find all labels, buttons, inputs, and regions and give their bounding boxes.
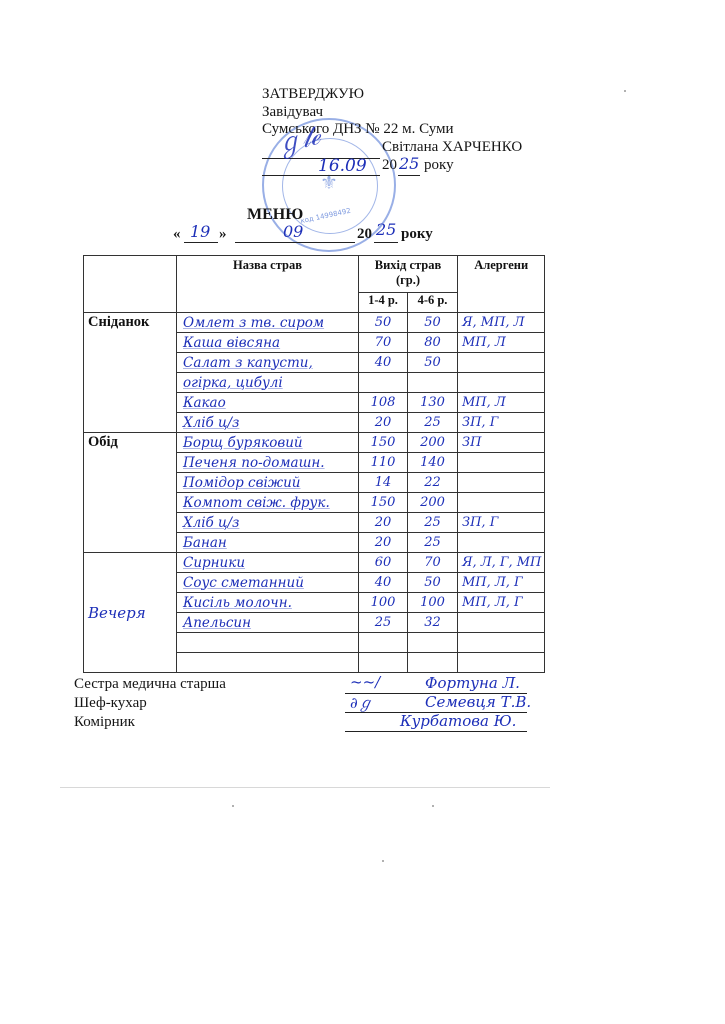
yield-1-4: 14	[359, 473, 408, 493]
menu-year-prefix: 20	[357, 226, 372, 243]
menu-month-line	[235, 242, 355, 243]
yield-1-4	[359, 633, 408, 653]
allergens: МП, Л, Г	[458, 573, 545, 593]
dish-name: Кисіль молочн.	[177, 593, 359, 613]
allergens: Я, Л, Г, МП	[458, 553, 545, 573]
menu-day: 19	[190, 222, 210, 241]
yield-1-4: 110	[359, 453, 408, 473]
approval-year-prefix: 20	[382, 157, 397, 174]
dish-name: Компот свіж. фрук.	[177, 493, 359, 513]
scan-speck	[382, 860, 384, 862]
menu-year-line	[374, 242, 398, 243]
yield-1-4: 40	[359, 353, 408, 373]
yield-4-6	[408, 653, 458, 673]
allergens	[458, 473, 545, 493]
yield-4-6	[408, 633, 458, 653]
dish-name: Омлет з тв. сиром	[177, 313, 359, 333]
header-meal-cell	[84, 256, 177, 313]
dish-name: Апельсин	[177, 613, 359, 633]
allergens: МП, Л	[458, 393, 545, 413]
approval-year-line	[398, 175, 420, 176]
header-allergens: Алергени	[458, 256, 545, 313]
allergens	[458, 633, 545, 653]
dish-name: Какао	[177, 393, 359, 413]
table-row: ВечеряСирники6070Я, Л, Г, МП	[84, 553, 545, 573]
approval-heading: ЗАТВЕРДЖУЮ	[262, 86, 364, 103]
yield-4-6: 50	[408, 313, 458, 333]
signature-scribble: ∂ℊ	[350, 692, 373, 713]
yield-1-4: 40	[359, 573, 408, 593]
yield-1-4: 20	[359, 513, 408, 533]
header-yield: Вихід страв (гр.)	[359, 256, 458, 293]
dish-name: Соус сметанний	[177, 573, 359, 593]
allergens	[458, 613, 545, 633]
allergens: МП, Л, Г	[458, 593, 545, 613]
menu-open-quote: «	[173, 226, 181, 243]
menu-year: 25	[376, 220, 396, 239]
menu-title: МЕНЮ	[247, 206, 303, 223]
allergens	[458, 373, 545, 393]
allergens: ЗП, Г	[458, 513, 545, 533]
yield-1-4: 60	[359, 553, 408, 573]
allergens	[458, 653, 545, 673]
yield-4-6: 100	[408, 593, 458, 613]
dish-name: Каша вівсяна	[177, 333, 359, 353]
dish-name: Сирники	[177, 553, 359, 573]
yield-1-4	[359, 373, 408, 393]
approval-year-handwritten: 25	[399, 154, 419, 173]
header-age-4-6: 4-6 р.	[408, 293, 458, 313]
dish-name: огірка, цибулі	[177, 373, 359, 393]
yield-1-4: 20	[359, 413, 408, 433]
dish-name: Помідор свіжий	[177, 473, 359, 493]
yield-4-6: 25	[408, 513, 458, 533]
yield-4-6: 200	[408, 433, 458, 453]
menu-table: Назва страв Вихід страв (гр.) Алергени 1…	[83, 255, 545, 673]
yield-1-4: 150	[359, 493, 408, 513]
yield-4-6: 25	[408, 533, 458, 553]
signature-name: Семевця Т.В.	[425, 693, 531, 711]
signature-role: Шеф-кухар	[74, 695, 147, 712]
allergens: МП, Л	[458, 333, 545, 353]
yield-4-6: 130	[408, 393, 458, 413]
menu-close-quote: »	[219, 226, 227, 243]
allergens: ЗП	[458, 433, 545, 453]
yield-4-6: 70	[408, 553, 458, 573]
dish-name: Банан	[177, 533, 359, 553]
meal-label: Вечеря	[84, 553, 177, 673]
dish-name: Салат з капусти,	[177, 353, 359, 373]
dish-name: Хліб ц/з	[177, 513, 359, 533]
yield-1-4: 20	[359, 533, 408, 553]
dish-name: Борщ буряковий	[177, 433, 359, 453]
yield-1-4: 108	[359, 393, 408, 413]
allergens: ЗП, Г	[458, 413, 545, 433]
yield-4-6: 22	[408, 473, 458, 493]
allergens	[458, 493, 545, 513]
yield-1-4: 50	[359, 313, 408, 333]
page-footer-divider	[60, 787, 550, 788]
yield-4-6: 50	[408, 353, 458, 373]
dish-name	[177, 633, 359, 653]
signature-name: Курбатова Ю.	[400, 712, 516, 730]
header-dish-name: Назва страв	[177, 256, 359, 313]
signature-scribble: ~~/	[350, 673, 380, 691]
yield-4-6: 200	[408, 493, 458, 513]
yield-1-4: 70	[359, 333, 408, 353]
signature-name: Фортуна Л.	[425, 674, 520, 692]
yield-1-4: 150	[359, 433, 408, 453]
yield-1-4: 25	[359, 613, 408, 633]
scan-speck	[232, 805, 234, 807]
signature-role: Сестра медична старша	[74, 676, 226, 693]
yield-4-6	[408, 373, 458, 393]
dish-name: Хліб ц/з	[177, 413, 359, 433]
yield-4-6: 50	[408, 573, 458, 593]
allergens: Я, МП, Л	[458, 313, 545, 333]
yield-4-6: 25	[408, 413, 458, 433]
scan-speck	[624, 90, 626, 92]
approval-date-handwritten: 16.09	[318, 156, 367, 176]
approval-year-suffix: року	[424, 157, 454, 174]
allergens	[458, 353, 545, 373]
table-row: ОбідБорщ буряковий150200ЗП	[84, 433, 545, 453]
yield-1-4	[359, 653, 408, 673]
signature-line	[345, 731, 527, 732]
dish-name	[177, 653, 359, 673]
allergens	[458, 533, 545, 553]
scan-speck	[432, 805, 434, 807]
yield-1-4: 100	[359, 593, 408, 613]
yield-4-6: 32	[408, 613, 458, 633]
dish-name: Печеня по-домашн.	[177, 453, 359, 473]
table-row: СніданокОмлет з тв. сиром5050Я, МП, Л	[84, 313, 545, 333]
menu-month: 09	[283, 222, 303, 241]
allergens	[458, 453, 545, 473]
signature-role: Комірник	[74, 714, 135, 731]
menu-year-suffix: року	[401, 226, 433, 243]
yield-4-6: 140	[408, 453, 458, 473]
yield-4-6: 80	[408, 333, 458, 353]
meal-label: Сніданок	[84, 313, 177, 433]
menu-day-line	[184, 242, 218, 243]
header-age-1-4: 1-4 р.	[359, 293, 408, 313]
meal-label: Обід	[84, 433, 177, 553]
